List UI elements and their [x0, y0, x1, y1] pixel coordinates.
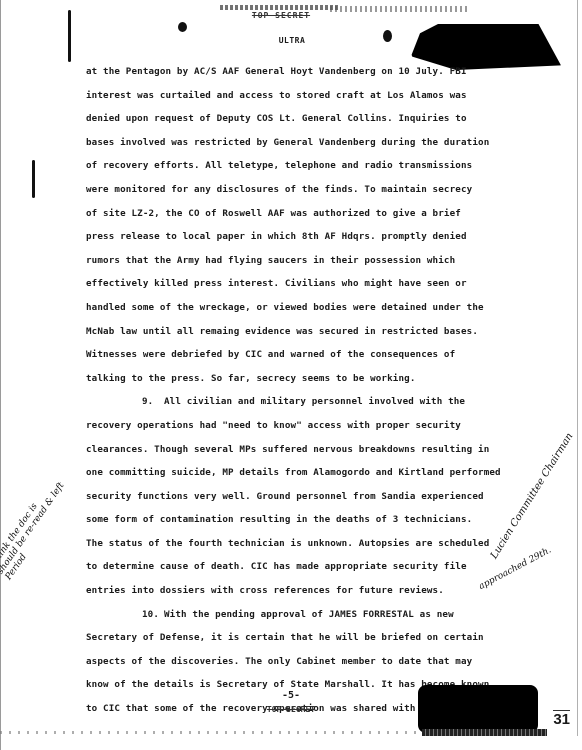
text-line: of site LZ-2, the CO of Roswell AAF was …	[86, 202, 526, 226]
paragraph-continued: at the Pentagon by AC/S AAF General Hoyt…	[86, 60, 526, 390]
text-line: to determine cause of death. CIC has mad…	[86, 555, 526, 579]
text-line: talking to the press. So far, secrecy se…	[86, 367, 526, 391]
header-classification: TOP SECRET	[226, 11, 336, 20]
archive-page-number: 31	[553, 710, 570, 728]
paragraph-number: 9.	[142, 390, 164, 414]
page-edge-left	[0, 0, 1, 750]
text-line: of recovery efforts. All teletype, telep…	[86, 154, 526, 178]
codeword-marking: ULTRA	[262, 36, 322, 45]
margin-annotation-left: I think the doc is should be re-read & l…	[0, 475, 75, 582]
margin-ink-stroke	[68, 10, 71, 62]
text-line: clearances. Though several MPs suffered …	[86, 438, 526, 462]
text-line: 10.With the pending approval of JAMES FO…	[86, 603, 526, 627]
text-line: recovery operations had "need to know" a…	[86, 414, 526, 438]
text-line: entries into dossiers with cross referen…	[86, 579, 526, 603]
annotation-line: should be re-read & left	[0, 481, 67, 576]
paragraph-9: 9.All civilian and military personnel in…	[86, 390, 526, 602]
text-line: rumors that the Army had flying saucers …	[86, 249, 526, 273]
text-line: press release to local paper in which 8t…	[86, 225, 526, 249]
text-span: With the pending approval of JAMES FORRE…	[164, 609, 454, 620]
text-line: Witnesses were debriefed by CIC and warn…	[86, 343, 526, 367]
page-edge-right	[577, 0, 578, 736]
text-line: aspects of the discoveries. The only Cab…	[86, 650, 526, 674]
text-line: were monitored for any disclosures of th…	[86, 178, 526, 202]
scan-noise-header-right	[330, 6, 470, 12]
text-line: security functions very well. Ground per…	[86, 485, 526, 509]
text-line: handled some of the wreckage, or viewed …	[86, 296, 526, 320]
document-body: at the Pentagon by AC/S AAF General Hoyt…	[86, 60, 526, 721]
text-line: effectively killed press interest. Civil…	[86, 272, 526, 296]
text-line: Secretary of Defense, it is certain that…	[86, 626, 526, 650]
text-line: at the Pentagon by AC/S AAF General Hoyt…	[86, 60, 526, 84]
text-line: McNab law until all remaing evidence was…	[86, 320, 526, 344]
footer-classification: TOP SECRET	[246, 705, 336, 714]
ink-blot	[178, 22, 187, 32]
ink-blot	[383, 30, 392, 42]
margin-ink-stroke	[32, 160, 35, 198]
redaction-strip	[422, 729, 547, 736]
text-line: bases involved was restricted by General…	[86, 131, 526, 155]
redaction-block-bottom	[418, 685, 538, 733]
text-line: 9.All civilian and military personnel in…	[86, 390, 526, 414]
text-line: interest was curtailed and access to sto…	[86, 84, 526, 108]
text-line: one committing suicide, MP details from …	[86, 461, 526, 485]
scan-noise-footer	[0, 731, 420, 734]
text-line: denied upon request of Deputy COS Lt. Ge…	[86, 107, 526, 131]
text-line: The status of the fourth technician is u…	[86, 532, 526, 556]
text-line: some form of contamination resulting in …	[86, 508, 526, 532]
scan-noise-header	[220, 5, 340, 10]
text-span: All civilian and military personnel invo…	[164, 396, 465, 407]
paragraph-number: 10.	[142, 603, 164, 627]
